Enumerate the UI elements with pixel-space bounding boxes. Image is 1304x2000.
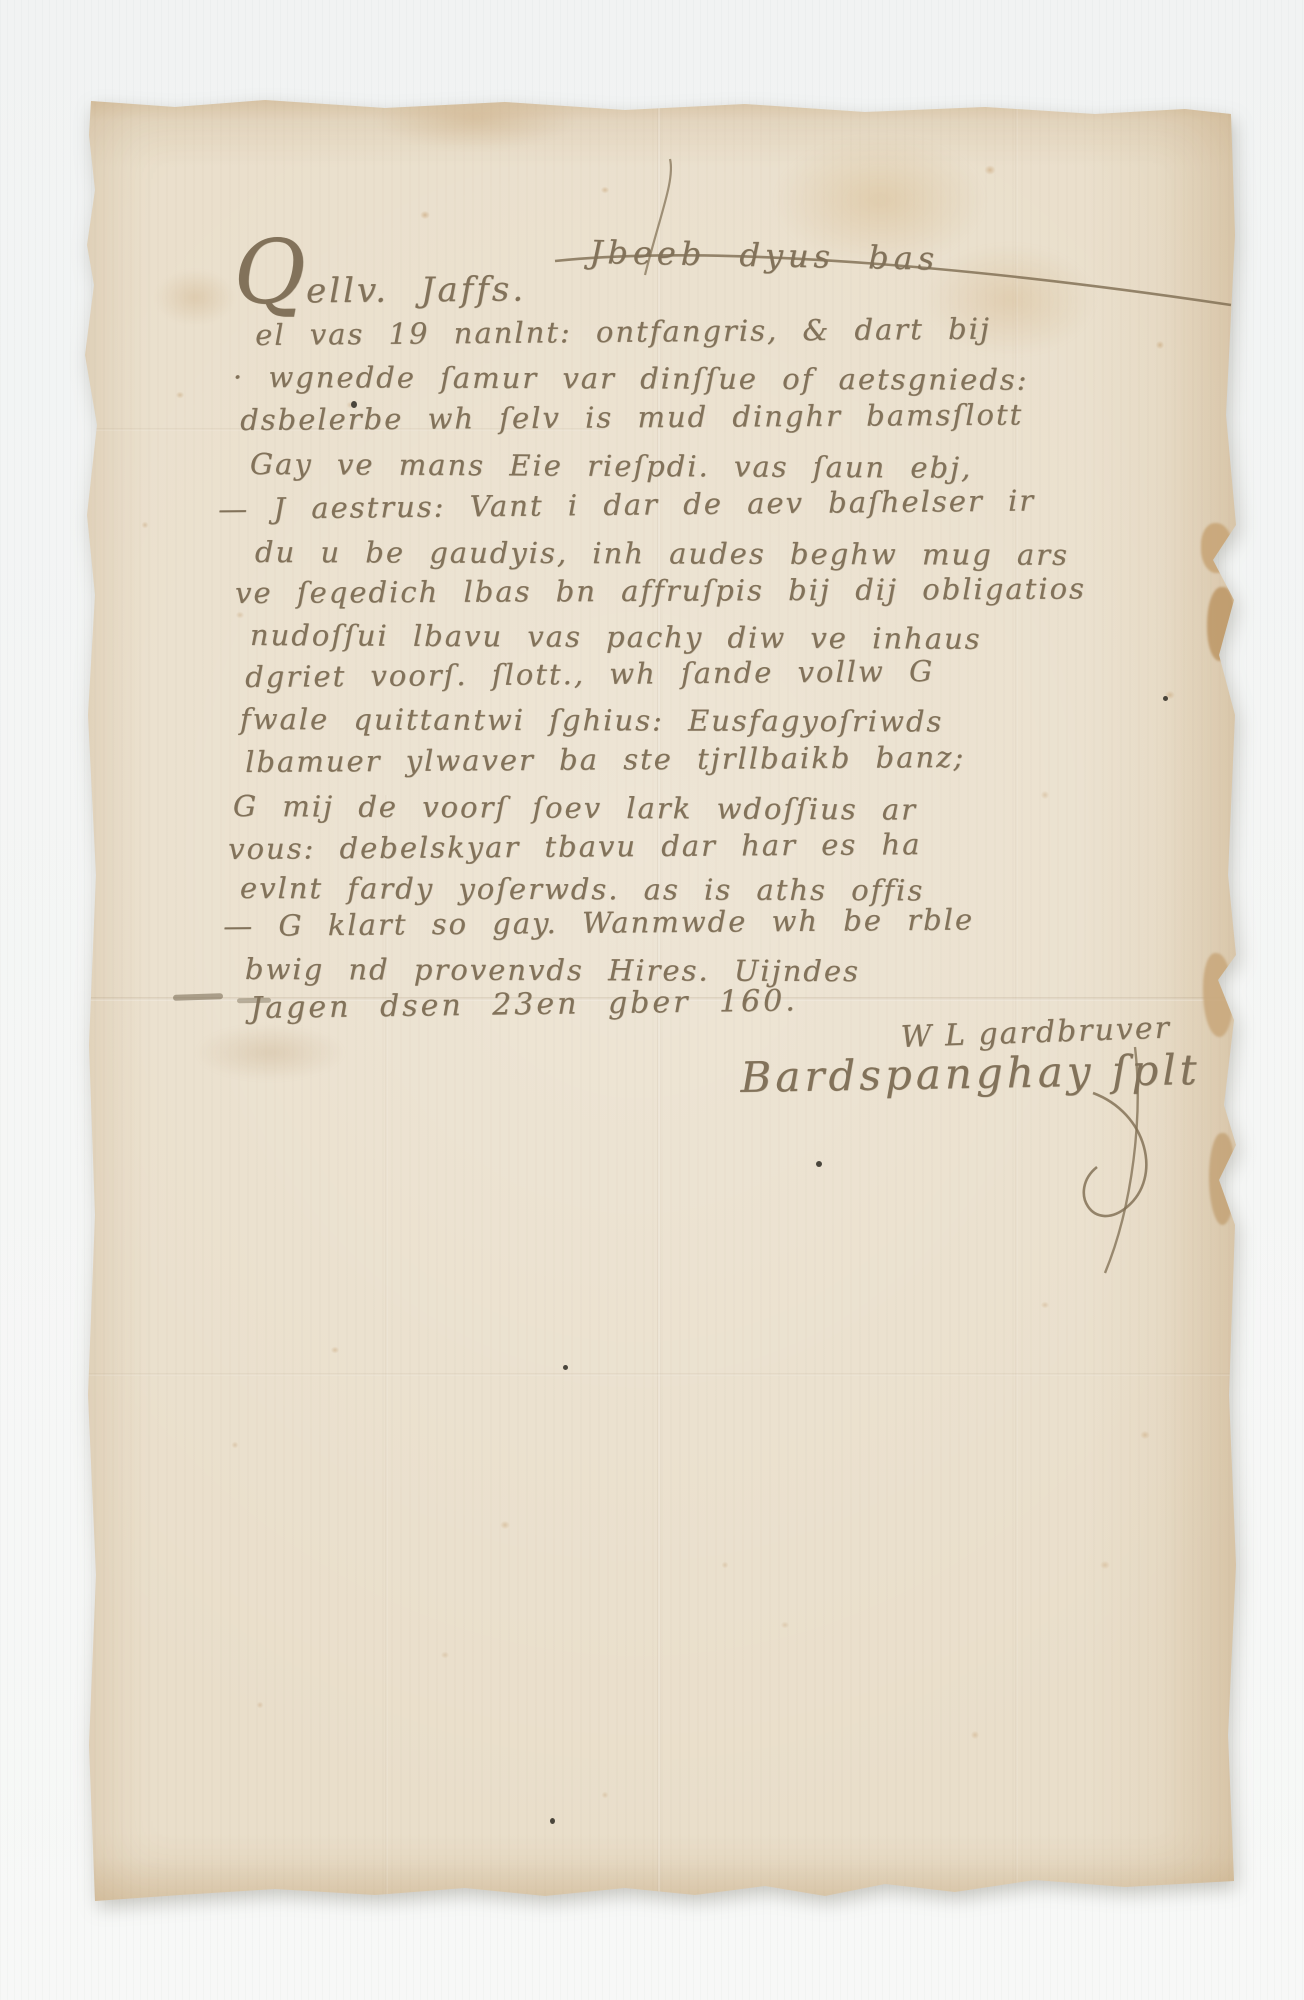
fold-ink-dash xyxy=(173,993,223,1001)
body-line: fwale quittantwi ſghius: Eusfagyoſriwds xyxy=(240,702,943,738)
edge-damage xyxy=(1207,587,1235,661)
body-line: el vas 19 nanlnt: ontfangris, & dart bij xyxy=(255,312,991,352)
stain-patch xyxy=(155,270,235,325)
horizontal-fold-line xyxy=(85,1373,1237,1376)
body-line: bwig nd provenvds Hires. Uijndes xyxy=(245,952,860,988)
body-line: lbamuer ylwaver ba ste tjrllbaikb banz; xyxy=(245,740,965,779)
body-line: G mij de voorſ ſoev lark wdoſſius ar xyxy=(233,789,917,827)
edge-damage xyxy=(1201,523,1233,573)
ink-speck xyxy=(563,1365,568,1370)
body-line: ve ſeqedich lbas bn affruſpis bij dij ob… xyxy=(235,572,1086,610)
body-line: — J aestrus: Vant i dar de aev baſhelser… xyxy=(218,483,1035,526)
signature-text: Bardspanghay ſplt xyxy=(740,1045,1201,1102)
salutation-text: Qellv. Jaffs. xyxy=(233,218,526,324)
stain-patch xyxy=(375,89,575,149)
edge-damage xyxy=(1209,1133,1235,1225)
stain-bottom-edge xyxy=(85,1857,1237,1903)
stain-right-column xyxy=(1085,95,1237,1905)
body-line: dgriet voorſ. ſlott., wh ſande vollw G xyxy=(245,654,934,694)
photo-background: Qellv. Jaffs. Jbeeb dyus bas el vas 19 n… xyxy=(0,0,1304,2000)
body-line: · wgnedde ſamur var dinſſue of aetsgnied… xyxy=(233,360,1029,397)
body-line: Gay ve mans Eie rieſpdi. vas ſaun ebj, xyxy=(250,447,973,485)
edge-damage xyxy=(1203,953,1233,1037)
stain-top-edge xyxy=(85,95,1237,121)
ink-speck xyxy=(550,1818,555,1824)
opening-line-text: Jbeeb dyus bas xyxy=(589,233,939,278)
ink-speck xyxy=(816,1161,822,1167)
ink-speck xyxy=(1163,696,1168,701)
body-line: — G klart so gay. Wanmwde wh be rble xyxy=(223,902,974,943)
letter-paper: Qellv. Jaffs. Jbeeb dyus bas el vas 19 n… xyxy=(85,95,1237,1905)
stain-patch xyxy=(195,1025,345,1080)
date-line: Jagen dsen 23en gber 160. xyxy=(250,983,798,1026)
body-line: du u be gaudyis, inh audes beghw mug ars xyxy=(255,535,1069,572)
body-line: evlnt fardy yoſerwds. as is aths offis xyxy=(240,871,924,907)
body-line: dsbelerbe wh ſelv is mud dinghr bamsſlot… xyxy=(240,398,1023,437)
body-line: vous: debelskyar tbavu dar har es ha xyxy=(228,827,922,866)
paper-sheet: Qellv. Jaffs. Jbeeb dyus bas el vas 19 n… xyxy=(85,95,1237,1905)
body-line: nudoſſui lbavu vas pachy diw ve inhaus xyxy=(250,618,982,656)
